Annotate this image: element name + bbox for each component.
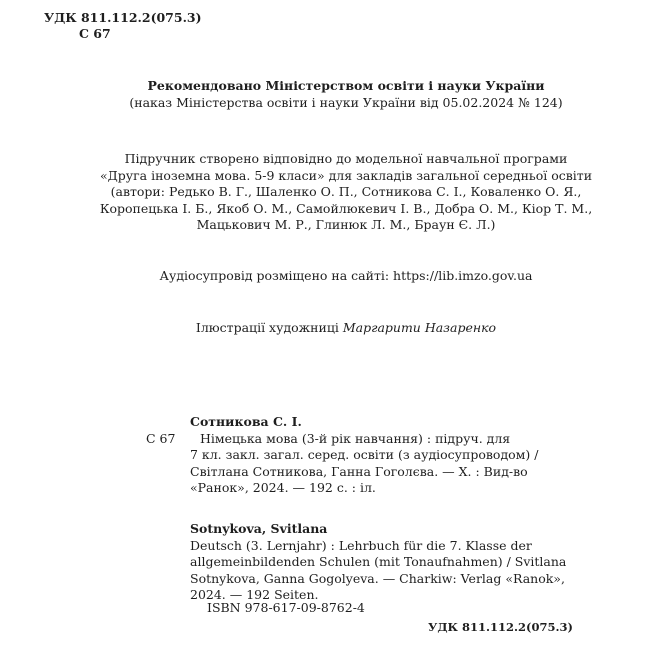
illustrations-prefix: Ілюстрації художниці [196,320,339,335]
program-line: «Друга іноземна мова. 5-9 класи» для зак… [20,168,652,185]
illustrations-artist: Маргарити Назаренко [343,320,496,335]
illustrations-credit: Ілюстрації художниці Маргарити Назаренко [20,320,652,337]
catalog-entry-ukrainian: Сотникова С. І. С 67 Німецька мова (3-й … [146,414,566,497]
catalog-author-de: Sotnykova, Svitlana [190,521,566,538]
program-line: (автори: Редько В. Г., Шаленко О. П., Со… [20,184,652,201]
audio-note: Аудіосупровід розміщено на сайті: https:… [20,268,652,285]
catalog-line-de: allgemeinbildenden Schulen (mit Tonaufna… [190,554,566,571]
catalog-author: Сотникова С. І. [146,414,566,431]
udk-code: УДК 811.112.2(075.3) [44,10,202,25]
catalog-line: Світлана Сотникова, Ганна Гоголєва. — Х.… [190,464,566,481]
catalog-line: Німецька мова (3-й рік навчання) : підру… [190,431,566,448]
catalog-line: «Ранок», 2024. — 192 с. : іл. [190,480,566,497]
author-mark: С 67 [44,26,202,42]
catalog-line-de: Sotnykova, Ganna Gogolyeva. — Charkiw: V… [190,571,566,588]
recommendation-order: (наказ Міністерства освіти і науки Украї… [20,95,652,112]
catalog-line: 7 кл. закл. загал. серед. освіти (з ауді… [190,447,566,464]
catalog-code: С 67 [146,431,190,497]
program-line: Мацькович М. Р., Глинюк Л. М., Браун Є. … [20,217,652,234]
program-line: Підручник створено відповідно до модельн… [20,151,652,168]
udk-header: УДК 811.112.2(075.3) С 67 [44,10,202,42]
catalog-entry-german: Sotnykova, Svitlana Deutsch (3. Lernjahr… [190,521,566,604]
ministry-recommendation: Рекомендовано Міністерством освіти і нау… [20,78,652,111]
program-note: Підручник створено відповідно до модельн… [20,151,652,234]
recommendation-title: Рекомендовано Міністерством освіти і нау… [20,78,652,95]
catalog-line-de: Deutsch (3. Lernjahr) : Lehrbuch für die… [190,538,566,555]
isbn: ISBN 978-617-09-8762-4 [207,600,365,615]
audio-text: Аудіосупровід розміщено на сайті: https:… [20,268,652,285]
udk-footer: УДК 811.112.2(075.3) [428,620,573,634]
program-line: Коропецька І. Б., Якоб О. М., Самойлюкев… [20,201,652,218]
